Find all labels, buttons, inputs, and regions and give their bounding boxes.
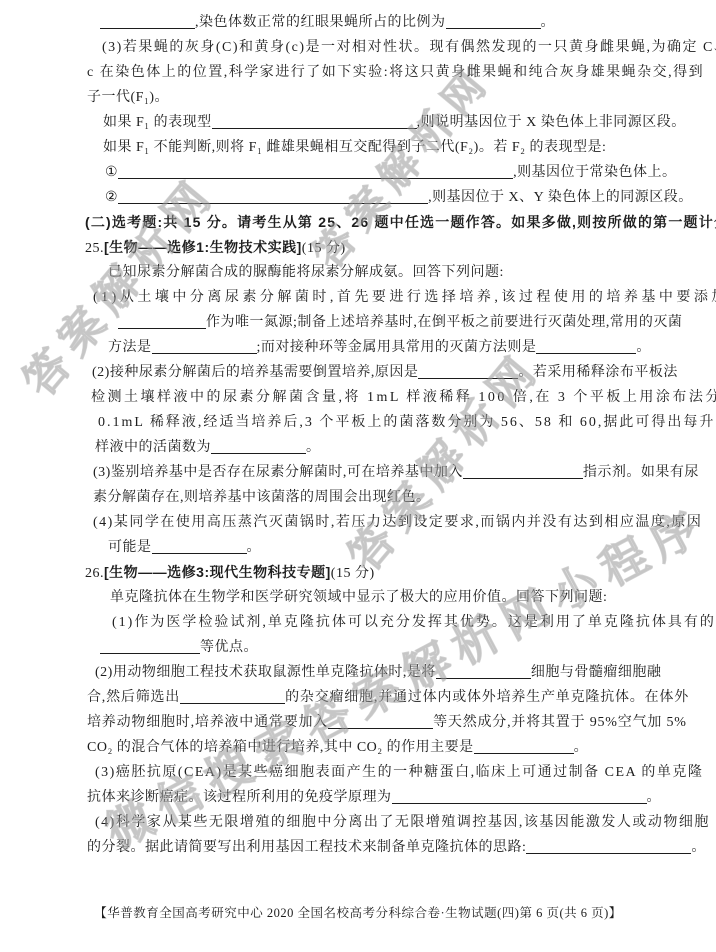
text-line: (2)接种尿素分解菌后的培养基需要倒置培养,原因是。若采用稀释涂布平板法 <box>85 360 703 385</box>
answer-blank <box>328 712 433 729</box>
text-segment: 已知尿素分解菌合成的脲酶能将尿素分解成氨。回答下列问题: <box>108 265 504 280</box>
answer-blank <box>118 162 513 179</box>
text-line: 作为唯一氮源;制备上述培养基时,在倒平板之前要进行灭菌处理,常用的灭菌 <box>85 310 703 335</box>
text-segment: 单克隆抗体在生物学和医学研究领域中显示了极大的应用价值。回答下列问题: <box>110 590 607 605</box>
text-segment: 。 <box>574 740 589 755</box>
answer-blank <box>152 337 257 354</box>
page-footer: 【华普教育全国高考研究中心 2020 全国名校高考分科综合卷·生物试题(四)第 … <box>0 903 716 921</box>
text-line: 抗体来诊断癌症。该过程所利用的免疫学原理为。 <box>85 785 703 810</box>
text-line: 素分解菌存在,则培养基中该菌落的周围会出现红色。 <box>85 485 703 510</box>
text-segment: 合,然后筛选出 <box>87 690 180 705</box>
text-segment: ① <box>105 165 118 180</box>
text-line: 25.[生物——选修1:生物技术实践](15 分) <box>85 235 703 260</box>
text-segment: ② <box>105 190 118 205</box>
text-segment: ,则基因位于常染色体上。 <box>513 165 677 180</box>
answer-blank <box>100 12 195 29</box>
text-segment: 方法是 <box>108 340 152 355</box>
text-segment: 作为唯一氮源;制备上述培养基时,在倒平板之前要进行灭菌处理,常用的灭菌 <box>206 315 682 330</box>
text-segment: 检测土壤样液中的尿素分解菌含量,将 1mL 样液稀释 100 倍,在 3 个平板… <box>91 390 716 405</box>
text-segment: 0.1mL 稀释液,经适当培养后,3 个平板上的菌落数分别为 56、58 和 6… <box>98 415 716 430</box>
text-line: ,染色体数正常的红眼果蝇所占的比例为。 <box>85 10 703 35</box>
text-segment: (3)鉴别培养基中是否存在尿素分解菌时,可在培养基中加入 <box>93 465 463 480</box>
text-line: (2)用动物细胞工程技术获取鼠源性单克隆抗体时,是将细胞与骨髓瘤细胞融 <box>85 660 703 685</box>
text-line: 检测土壤样液中的尿素分解菌含量,将 1mL 样液稀释 100 倍,在 3 个平板… <box>85 385 703 410</box>
text-segment: (3)若果蝇的灰身(C)和黄身(c)是一对相对性状。现有偶然发现的一只黄身雌果蝇… <box>102 40 716 55</box>
answer-blank <box>152 537 247 554</box>
text-line: CO₂ 的混合气体的培养箱中进行培养,其中 CO₂ 的作用主要是。 <box>85 735 703 760</box>
text-line: (1)从土壤中分离尿素分解菌时,首先要进行选择培养,该过程使用的培养基中要添加 <box>85 285 703 310</box>
text-line: 样液中的活菌数为。 <box>85 435 703 460</box>
text-segment: 素分解菌存在,则培养基中该菌落的周围会出现红色。 <box>93 490 431 505</box>
text-line: 培养动物细胞时,培养液中通常要加入等天然成分,并将其置于 95%空气加 5% <box>85 710 703 735</box>
answer-blank <box>118 187 428 204</box>
text-segment: 可能是 <box>108 540 152 555</box>
answer-blank <box>474 737 574 754</box>
text-segment: (2)用动物细胞工程技术获取鼠源性单克隆抗体时,是将 <box>95 665 436 680</box>
text-segment: 等优点。 <box>200 640 258 655</box>
text-segment: c 在染色体上的位置,科学家进行了如下实验:将这只黄身雌果蝇和纯合灰身雄果蝇杂交… <box>87 65 704 80</box>
text-line: 可能是。 <box>85 535 703 560</box>
text-segment: 培养动物细胞时,培养液中通常要加入 <box>87 715 328 730</box>
text-segment: 。 <box>691 840 706 855</box>
text-line: (4)科学家从某些无限增殖的细胞中分离出了无限增殖调控基因,该基因能激发人或动物… <box>85 810 703 835</box>
answer-blank <box>211 437 306 454</box>
text-segment: (二)选考题:共 15 分。请考生从第 25、26 题中任选一题作答。如果多做,… <box>85 214 716 230</box>
text-segment: 25. <box>85 241 104 256</box>
answer-blank <box>436 662 531 679</box>
text-segment: 。 <box>647 790 662 805</box>
text-line: (4)某同学在使用高压蒸汽灭菌锅时,若压力达到设定要求,而锅内并没有达到相应温度… <box>85 510 703 535</box>
text-line: 26.[生物——选修3:现代生物科技专题](15 分) <box>85 560 703 585</box>
text-segment: (2)接种尿素分解菌后的培养基需要倒置培养,原因是 <box>92 365 418 380</box>
text-segment: (1)从土壤中分离尿素分解菌时,首先要进行选择培养,该过程使用的培养基中要添加 <box>93 290 716 305</box>
text-segment: ,则说明基因位于 X 染色体上非同源区段。 <box>417 115 686 130</box>
text-segment: 子一代(F₁)。 <box>87 90 169 105</box>
text-segment: 的分裂。据此请简要写出利用基因工程技术来制备单克隆抗体的思路: <box>87 840 526 855</box>
text-line: c 在染色体上的位置,科学家进行了如下实验:将这只黄身雌果蝇和纯合灰身雄果蝇杂交… <box>85 60 703 85</box>
answer-blank <box>526 837 691 854</box>
text-line: (3)癌胚抗原(CEA)是某些癌细胞表面产生的一种糖蛋白,临床上可通过制备 CE… <box>85 760 703 785</box>
text-segment: 。 <box>541 15 556 30</box>
answer-blank <box>536 337 636 354</box>
text-line: 等优点。 <box>85 635 703 660</box>
text-segment: 。若采用稀释涂布平板法 <box>518 365 678 380</box>
answer-blank <box>100 637 200 654</box>
text-segment: 抗体来诊断癌症。该过程所利用的免疫学原理为 <box>87 790 392 805</box>
text-line: 如果 F₁ 不能判断,则将 F₁ 雌雄果蝇相互交配得到子二代(F₂)。若 F₂ … <box>85 135 703 160</box>
text-segment: 26. <box>85 566 104 581</box>
text-segment: 样液中的活菌数为 <box>95 440 211 455</box>
answer-blank <box>392 787 647 804</box>
text-line: 单克隆抗体在生物学和医学研究领域中显示了极大的应用价值。回答下列问题: <box>85 585 703 610</box>
answer-blank <box>446 12 541 29</box>
text-segment: 。 <box>306 440 321 455</box>
text-segment: ;而对接种环等金属用具常用的灭菌方法则是 <box>257 340 537 355</box>
answer-blank <box>180 687 285 704</box>
text-line: (二)选考题:共 15 分。请考生从第 25、26 题中任选一题作答。如果多做,… <box>85 210 703 235</box>
answer-blank <box>463 462 583 479</box>
text-line: 的分裂。据此请简要写出利用基因工程技术来制备单克隆抗体的思路:。 <box>85 835 703 860</box>
document-page: ,染色体数正常的红眼果蝇所占的比例为。(3)若果蝇的灰身(C)和黄身(c)是一对… <box>0 0 716 952</box>
text-segment: 如果 F₁ 不能判断,则将 F₁ 雌雄果蝇相互交配得到子二代(F₂)。若 F₂ … <box>103 140 606 155</box>
text-segment: 。 <box>247 540 262 555</box>
text-segment: 细胞与骨髓瘤细胞融 <box>531 665 662 680</box>
document-body: ,染色体数正常的红眼果蝇所占的比例为。(3)若果蝇的灰身(C)和黄身(c)是一对… <box>0 10 716 860</box>
text-line: 子一代(F₁)。 <box>85 85 703 110</box>
text-line: ②,则基因位于 X、Y 染色体上的同源区段。 <box>85 185 703 210</box>
text-segment: 。 <box>636 340 651 355</box>
answer-blank <box>118 312 206 329</box>
text-segment: 的杂交瘤细胞,并通过体内或体外培养生产单克隆抗体。在体外 <box>285 690 689 705</box>
text-segment: ,染色体数正常的红眼果蝇所占的比例为 <box>195 15 446 30</box>
text-segment: (15 分) <box>302 241 346 256</box>
text-segment: ,则基因位于 X、Y 染色体上的同源区段。 <box>428 190 693 205</box>
text-line: 如果 F₁ 的表现型,则说明基因位于 X 染色体上非同源区段。 <box>85 110 703 135</box>
text-segment: (4)某同学在使用高压蒸汽灭菌锅时,若压力达到设定要求,而锅内并没有达到相应温度… <box>93 515 702 530</box>
text-segment: 指示剂。如果有尿 <box>583 465 699 480</box>
text-line: (3)鉴别培养基中是否存在尿素分解菌时,可在培养基中加入指示剂。如果有尿 <box>85 460 703 485</box>
text-line: (3)若果蝇的灰身(C)和黄身(c)是一对相对性状。现有偶然发现的一只黄身雌果蝇… <box>85 35 703 60</box>
text-line: ①,则基因位于常染色体上。 <box>85 160 703 185</box>
text-segment: (3)癌胚抗原(CEA)是某些癌细胞表面产生的一种糖蛋白,临床上可通过制备 CE… <box>95 765 703 780</box>
text-line: 0.1mL 稀释液,经适当培养后,3 个平板上的菌落数分别为 56、58 和 6… <box>85 410 703 435</box>
text-segment: (1)作为医学检验试剂,单克隆抗体可以充分发挥其优势。这是利用了单克隆抗体具有的 <box>112 615 716 630</box>
text-line: 合,然后筛选出的杂交瘤细胞,并通过体内或体外培养生产单克隆抗体。在体外 <box>85 685 703 710</box>
text-segment: (4)科学家从某些无限增殖的细胞中分离出了无限增殖调控基因,该基因能激发人或动物… <box>95 815 710 830</box>
text-line: (1)作为医学检验试剂,单克隆抗体可以充分发挥其优势。这是利用了单克隆抗体具有的 <box>85 610 703 635</box>
text-line: 方法是;而对接种环等金属用具常用的灭菌方法则是。 <box>85 335 703 360</box>
text-segment: CO₂ 的混合气体的培养箱中进行培养,其中 CO₂ 的作用主要是 <box>87 740 474 755</box>
text-segment: 如果 F₁ 的表现型 <box>103 115 212 130</box>
text-segment: [生物——选修3:现代生物科技专题] <box>104 564 331 580</box>
text-segment: 等天然成分,并将其置于 95%空气加 5% <box>433 715 687 730</box>
text-segment: (15 分) <box>331 566 375 581</box>
text-line: 已知尿素分解菌合成的脲酶能将尿素分解成氨。回答下列问题: <box>85 260 703 285</box>
text-segment: [生物——选修1:生物技术实践] <box>104 239 302 255</box>
answer-blank <box>418 362 518 379</box>
answer-blank <box>212 112 417 129</box>
